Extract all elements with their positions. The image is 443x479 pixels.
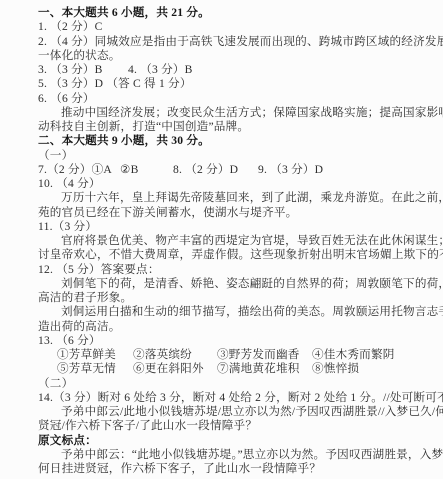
- answer-q4: 4. （3 分）B: [128, 63, 193, 77]
- original-text-line1: 予弟中郎云：“此地小似钱塘苏堤。”思立亦以为然。予因叹西湖胜景，入梦已久，: [38, 448, 427, 462]
- answer-q10-line1: 万历十六年，皇上拜谒先帝陵墓回来，到了此湖，乘龙舟游览。在此之前，管理池: [38, 191, 427, 205]
- answer-q3-q4-row: 3. （3 分）B 4. （3 分）B: [38, 63, 427, 77]
- part1-label: （一）: [38, 149, 427, 163]
- answer-q11-line2: 讨皇帝欢心，不惜大费周章，弄虚作假。这些现象折射出明末官场媚上欺下的不良风气。: [38, 248, 427, 262]
- answer-q13-label: 13. （6 分）: [38, 334, 427, 348]
- section1-heading: 一、本大题共 6 小题，共 21 分。: [38, 6, 427, 20]
- q13-option-1: ①芳草鲜美: [57, 348, 133, 362]
- answer-q12-label: 12. （5 分）答案要点：: [38, 263, 427, 277]
- answer-q13-options-row2: ⑤芳草无情 ⑥更在斜阳外 ⑦满地黄花堆积 ⑧憔悴损: [38, 362, 427, 376]
- section2-heading: 二、本大题共 9 小题，共 30 分。: [38, 134, 427, 148]
- q13-option-5: ⑤芳草无情: [57, 362, 133, 376]
- answer-q12-line4: 造出荷的高洁。: [38, 320, 427, 334]
- q13-option-7: ⑦满地黄花堆积: [217, 362, 312, 376]
- q13-option-6: ⑥更在斜阳外: [133, 362, 217, 376]
- answer-q7b: ②B: [120, 163, 173, 177]
- answer-q6-label: 6. （6 分）: [38, 92, 427, 106]
- answer-q11-line1: 官府将景色优美、物产丰富的西堤定为官堤，导致百姓无法在此休闲谋生；官员为: [38, 234, 427, 248]
- answer-q14-line1: 14.（3 分）断对 6 处给 3 分，断对 4 处给 2 分，断对 2 处给 …: [38, 391, 427, 405]
- answer-q2-line2: 一体化的状态。: [38, 49, 427, 63]
- original-text-line2: 何日挂进贤冠，作六桥下客子，了此山水一段情障乎？: [38, 462, 427, 476]
- part2-label: （二）: [38, 377, 427, 391]
- answer-q10-label: 10. （4 分）: [38, 177, 427, 191]
- answer-q7a: 7.（2 分）①A: [38, 163, 120, 177]
- answer-q13-options-row1: ①芳草鲜美 ②落英缤纷 ③野芳发而幽香 ④佳木秀而繁阴: [38, 348, 427, 362]
- answer-q1: 1. （2 分）C: [38, 20, 427, 34]
- answer-q12-line2: 高洁的君子形象。: [38, 291, 427, 305]
- answer-q10-line2: 苑的官员已经在下游关闸蓄水，使湖水与堤齐平。: [38, 206, 427, 220]
- answer-q14-line3: 贤冠/作六桥下客子/了此山水一段情障乎？: [38, 419, 427, 433]
- answer-sheet-page: 一、本大题共 6 小题，共 21 分。 1. （2 分）C 2. （4 分）同城…: [0, 0, 443, 479]
- q13-option-4: ④佳木秀而繁阴: [312, 348, 395, 362]
- q13-option-3: ③野芳发而幽香: [217, 348, 312, 362]
- answer-q3: 3. （3 分）B: [38, 63, 128, 77]
- answer-q12-line3: 刘侗运用白描和生动的细节描写，描绘出荷的美态。周敦颐运用托物言志手法，塑: [38, 305, 427, 319]
- answer-q5: 5. （3 分）D （答 C 得 1 分）: [38, 77, 427, 91]
- q13-option-2: ②落英缤纷: [133, 348, 217, 362]
- answer-q12-line1: 刘侗笔下的荷，是清香、娇艳、姿态翩跹的自然界的荷；周敦颐笔下的荷，是坚贞: [38, 277, 427, 291]
- answer-q6-line1: 推动中国经济发展；改变民众生活方式；保障国家战略实施；提高国家影响力；带: [38, 106, 427, 120]
- answer-q2-line1: 2. （4 分）同城效应是指由于高铁飞速发展而出现的、跨城市跨区域的经济发展和生…: [38, 35, 427, 49]
- answer-q11-label: 11.（3 分）: [38, 220, 427, 234]
- answer-q14-line2: 予弟中郎云/此地小似钱塘苏堤/思立亦以为然/予因叹西湖胜景//入梦已久/何日挂进: [38, 405, 427, 419]
- answer-q7-q8-q9-row: 7.（2 分）①A ②B 8. （2 分）D 9. （3 分）D: [38, 163, 427, 177]
- original-punctuation-label: 原文标点：: [38, 434, 427, 448]
- answer-q8: 8. （2 分）D: [173, 163, 258, 177]
- answer-q6-line2: 动科技自主创新，打造“中国创造”品牌。: [38, 120, 427, 134]
- answer-q9: 9. （3 分）D: [258, 163, 323, 177]
- q13-option-8: ⑧憔悴损: [312, 362, 359, 376]
